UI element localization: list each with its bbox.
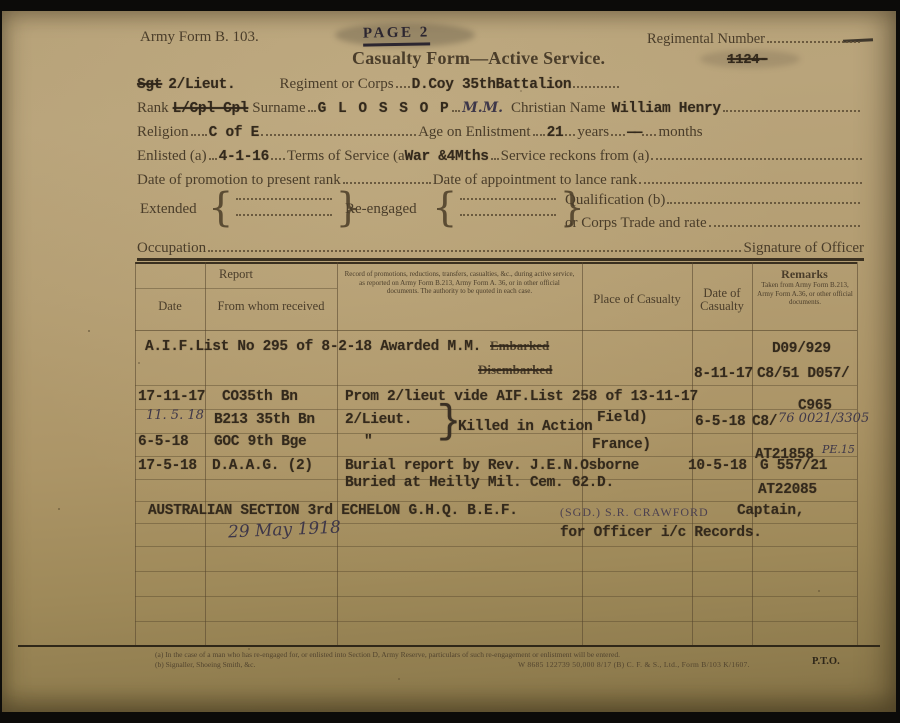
corps-trade-label: or Corps Trade and rate (565, 215, 707, 232)
entry-date-casualty-81117: 8-11-17 (694, 366, 753, 382)
entry-remarks-d09: D09/929 (772, 341, 831, 357)
corps-trade-line: or Corps Trade and rate (565, 215, 862, 232)
entry-captain: Captain, (737, 503, 804, 519)
entry-place-field: Field) (597, 410, 647, 426)
entry-remarks-g557: G 557/21 (760, 458, 827, 474)
pto-label: P.T.O. (812, 656, 840, 667)
age-label: Age on Enlistment (418, 124, 531, 141)
dotted-leader (396, 85, 410, 88)
struck-disembarked: Disembarked (478, 362, 552, 378)
dotted-leader (573, 85, 619, 88)
reengaged-dotted-fields (460, 197, 556, 216)
entry-place-france: France) (592, 437, 651, 453)
religion-line: Religion C of E Age on Enlistment 21 yea… (137, 124, 862, 141)
dotted-leader (308, 109, 316, 112)
scan-edge-top (0, 0, 900, 11)
dotted-leader (236, 213, 332, 216)
dotted-leader (611, 133, 625, 136)
entry-date-casualty-10518: 10-5-18 (688, 458, 747, 474)
entry-remarks-at22085: AT22085 (758, 482, 817, 498)
scan-edge-right (896, 0, 900, 723)
open-brace: { (432, 188, 457, 228)
promotion-label: Date of promotion to present rank (137, 172, 341, 189)
regimental-number-label: Regimental Number (647, 31, 765, 48)
table-vline (692, 262, 693, 645)
dotted-leader (565, 133, 575, 136)
table-row-line (135, 596, 857, 597)
struck-regimental-number: 1124- (727, 52, 768, 68)
dotted-leader (460, 197, 556, 200)
table-row-line (135, 571, 857, 572)
christian-name-value: William Henry (612, 101, 721, 117)
table-row-line (135, 501, 857, 502)
entry-record-promotion: Prom 2/lieut vide AIF.List 258 of 13-11-… (345, 389, 698, 405)
dotted-leader (491, 157, 499, 160)
months-label: months (658, 124, 702, 141)
regimental-number-line: Regimental Number (647, 31, 862, 48)
entry-date-casualty-6518: 6-5-18 (695, 414, 745, 430)
entry-record-buried-at: Buried at Heilly Mil. Cem. 62.D. (345, 475, 614, 491)
qualification-label: Qualification (b) (565, 192, 665, 209)
footnote-b: (b) Signaller, Shoeing Smith, &c. (155, 660, 255, 669)
enlisted-line: Enlisted (a) 4-1-16 Terms of Service (a … (137, 148, 864, 165)
dotted-leader (343, 181, 431, 184)
printer-imprint: W 8685 122739 50,000 8/17 (B) C. F. & S.… (518, 660, 750, 669)
footnote-rule (18, 645, 880, 647)
dotted-leader (667, 201, 860, 204)
extended-brackets: { } (208, 188, 361, 228)
entry-from-daag: D.A.A.G. (2) (212, 458, 313, 474)
religion-label: Religion (137, 124, 189, 141)
table-header-bottom (135, 330, 857, 331)
col-fromwhom-label: From whom received (205, 299, 337, 314)
dotted-leader (271, 157, 285, 160)
rank-note: 2/Lieut. (168, 77, 235, 93)
entry-record-burial-report: Burial report by Rev. J.E.N.Osborne (345, 458, 639, 474)
table-vline (857, 262, 858, 645)
dotted-leader (767, 40, 860, 43)
header-rule (137, 258, 864, 261)
regiment-value: D.Coy 35thBattalion (412, 77, 572, 93)
table-vline (135, 262, 136, 645)
dotted-leader (460, 213, 556, 216)
report-underline (135, 288, 337, 289)
entry-remarks-handwritten-0021: 76 0021/3305 (778, 411, 869, 426)
col-record-description: Record of promotions, reductions, transf… (343, 270, 576, 296)
dotted-leader (723, 109, 860, 112)
signature-of-officer-label: Signature of Officer (743, 240, 864, 257)
form-title: Casualty Form—Active Service. (352, 48, 605, 69)
entry-for-officer-records: for Officer i/c Records. (560, 525, 762, 541)
table-vline (337, 262, 338, 645)
service-reckons-label: Service reckons from (a) (501, 148, 650, 165)
terms-label: Terms of Service (a (287, 148, 405, 165)
page-stamp: PAGE 2 (363, 24, 430, 46)
reengaged-label: Re-engaged (345, 201, 417, 218)
dotted-leader (208, 249, 741, 252)
promotion-line: Date of promotion to present rank Date o… (137, 172, 864, 189)
dotted-leader (651, 157, 862, 160)
struck-rank-note: Sgt (137, 77, 162, 93)
table-row-line (135, 546, 857, 547)
rank-label: Rank (137, 100, 169, 117)
dotted-leader (261, 133, 416, 136)
dotted-leader (642, 133, 656, 136)
entry-remarks-c851: C8/51 D057/ (757, 366, 849, 382)
surname-value: G L O S S O P (318, 101, 451, 117)
occupation-label: Occupation (137, 240, 206, 257)
decoration-value: M.M. (462, 100, 503, 116)
dotted-leader (452, 109, 460, 112)
entry-remarks-c8: C8/ (752, 414, 777, 430)
entry-killed-in-action: Killed in Action (458, 419, 592, 435)
form-id: Army Form B. 103. (140, 29, 259, 46)
dotted-leader (209, 157, 217, 160)
table-row-line (135, 409, 857, 410)
table-top-rule (135, 262, 857, 264)
qualification-line: Qualification (b) (565, 192, 862, 209)
dotted-leader (533, 133, 545, 136)
dotted-leader (236, 197, 332, 200)
occupation-line: Occupation Signature of Officer (137, 240, 864, 257)
entry-date-handwritten-110518: 11. 5. 18 (146, 408, 204, 423)
religion-value: C of E (209, 125, 259, 141)
table-vline (205, 262, 206, 645)
reengaged-brackets: { } (432, 188, 585, 228)
entry-date-17518: 17-5-18 (138, 458, 197, 474)
enlisted-label: Enlisted (a) (137, 148, 207, 165)
entry-aif-list: A.I.F.List No 295 of 8-2-18 Awarded M.M. (145, 339, 481, 355)
col-place-label: Place of Casualty (582, 292, 692, 307)
entry-from-b213: B213 35th Bn (214, 412, 315, 428)
regiment-line: Sgt 2/Lieut. Regiment or Corps D.Coy 35t… (137, 76, 637, 93)
extended-dotted-fields (236, 197, 332, 216)
ditto-mark: ″ (364, 434, 372, 450)
entry-australian-section: AUSTRALIAN SECTION 3rd ECHELON G.H.Q. B.… (148, 503, 518, 519)
rank-surname-line: Rank L/Cpl Cpl Surname G L O S S O P M.M… (137, 100, 862, 117)
col-remarks-subtext: Taken from Army Form B.213, Army Form A.… (757, 281, 853, 307)
table-row-line (135, 385, 857, 386)
dotted-leader (709, 224, 860, 227)
months-dash-value: —— (627, 125, 640, 141)
age-value: 21 (547, 125, 564, 141)
enlisted-value: 4-1-16 (219, 149, 269, 165)
dotted-leader (191, 133, 207, 136)
regiment-label: Regiment or Corps (279, 76, 393, 93)
scanned-document: Army Form B. 103. PAGE 2 Regimental Numb… (0, 0, 900, 723)
col-remarks-title: Remarks (752, 267, 857, 282)
years-label: years (577, 124, 609, 141)
lance-rank-label: Date of appointment to lance rank (433, 172, 638, 189)
open-brace: { (208, 188, 233, 228)
scan-edge-bottom (0, 712, 900, 723)
col-report-label: Report (135, 267, 337, 282)
entry-date-171117: 17-11-17 (138, 389, 205, 405)
entry-remarks-handwritten-pe15: PE.15 (822, 443, 855, 456)
table-vline (752, 262, 753, 645)
terms-value: War &4Mths (405, 149, 489, 165)
table-row-line (135, 621, 857, 622)
signed-stamp: (SGD.) S.R. CRAWFORD (560, 505, 709, 520)
table-vline (582, 262, 583, 645)
christian-name-label: Christian Name (511, 100, 606, 117)
col-datecasualty-label-2: Casualty (692, 299, 752, 314)
struck-embarked: Embarked (490, 338, 549, 354)
extended-label: Extended (140, 201, 197, 218)
entry-date-6518: 6-5-18 (138, 434, 188, 450)
surname-label: Surname (252, 100, 305, 117)
rank-struck-value: L/Cpl Cpl (173, 101, 249, 117)
col-date-label: Date (135, 299, 205, 314)
footnote-a: (a) In the case of a man who has re-enga… (155, 650, 620, 659)
entry-from-goc9th: GOC 9th Bge (214, 434, 306, 450)
entry-rank-2lieut: 2/Lieut. (345, 412, 412, 428)
dotted-leader (639, 181, 862, 184)
table-row-line (135, 456, 857, 457)
entry-from-co35th: CO35th Bn (222, 389, 298, 405)
